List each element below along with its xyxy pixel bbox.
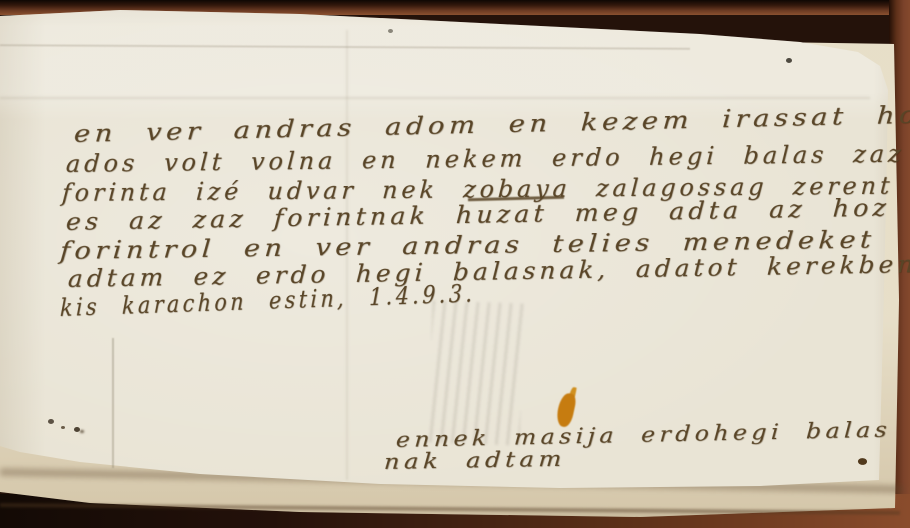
manuscript-photo: en ver andras adom en kezem irassat hog … [0, 0, 910, 528]
fold-line-horizontal [0, 97, 870, 99]
age-speck [388, 29, 393, 33]
signature-line-2: nak adtam [383, 447, 567, 474]
ink-spots [48, 419, 54, 424]
fold-line-vertical-left [112, 338, 114, 468]
age-speck [786, 58, 792, 63]
ink-bleed-through [428, 300, 525, 445]
